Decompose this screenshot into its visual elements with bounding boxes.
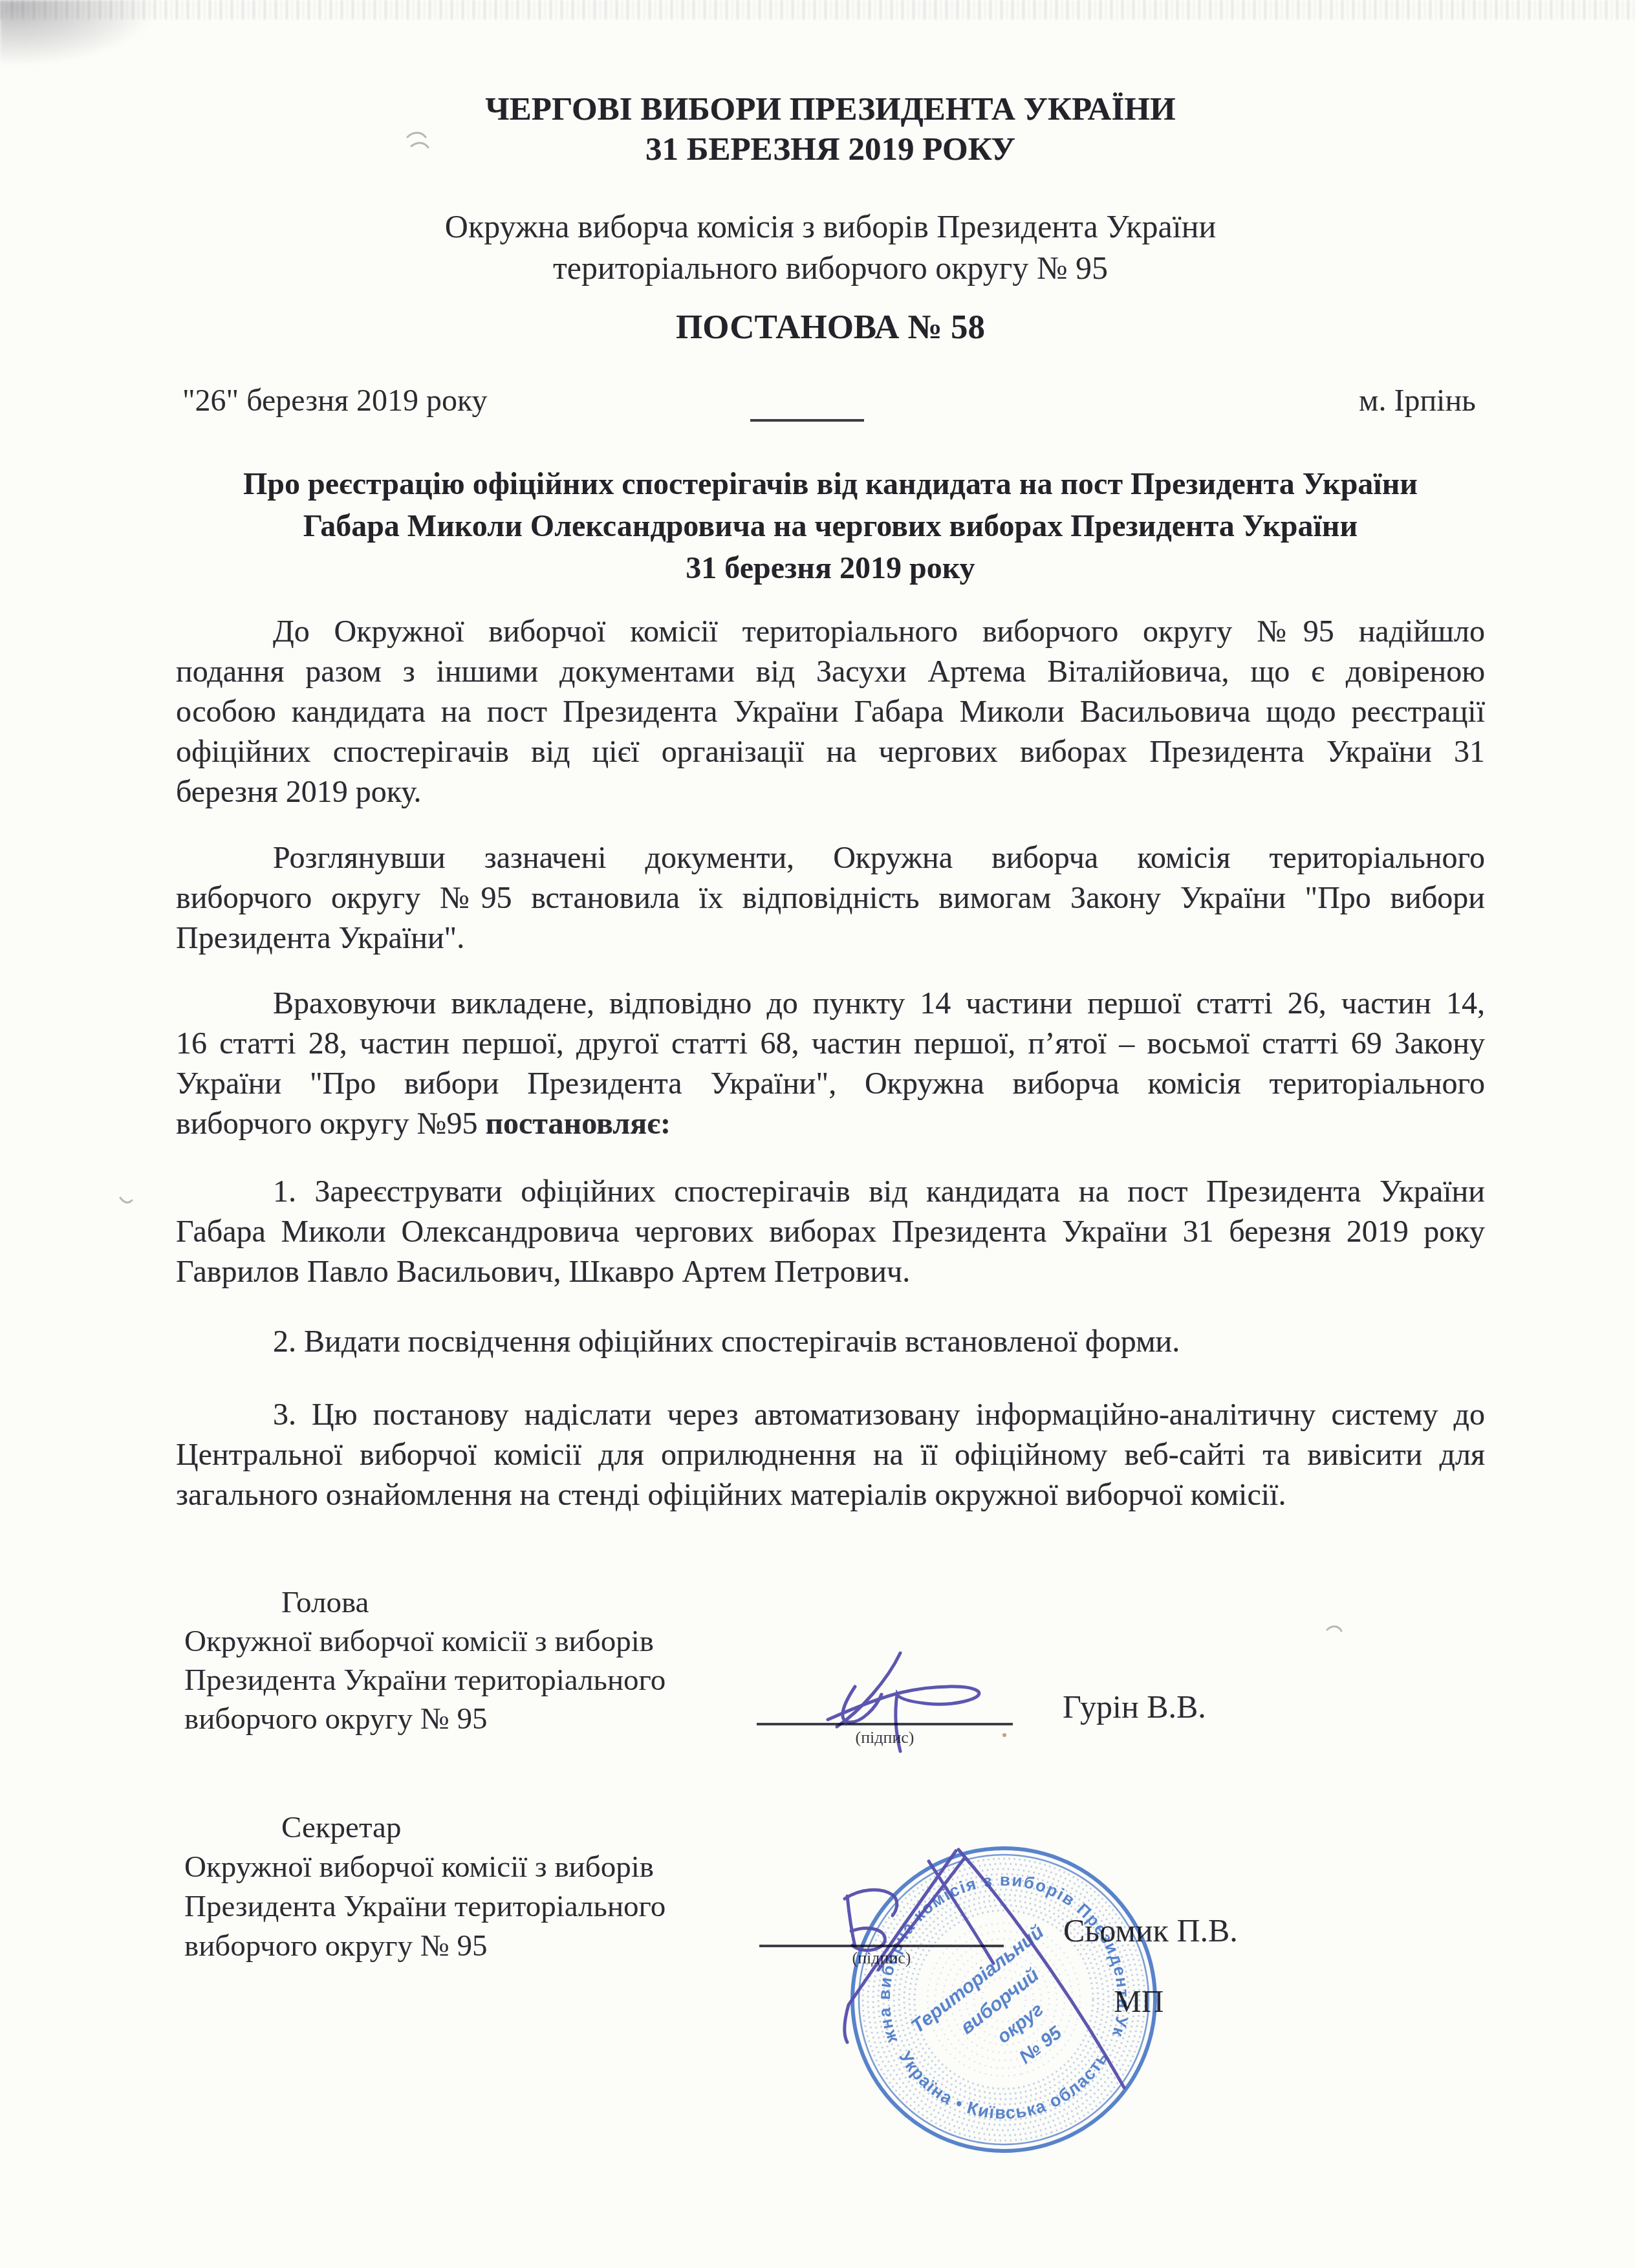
role-title: Секретар	[184, 1808, 831, 1848]
bold-resolves-word: постановляє:	[485, 1107, 671, 1141]
scan-corner-artifact	[0, 0, 168, 71]
stamp-halftone-ring	[869, 1864, 1140, 2135]
signature-line-head	[757, 1723, 1013, 1725]
scan-noise-strip	[0, 0, 1635, 19]
text-line: 1. Зареєструвати офіційних спостерігачів…	[176, 1172, 1485, 1212]
stamp-halftone-ring	[855, 1851, 1153, 2148]
text-line: Розглянувши зазначені документи, Окружна…	[176, 838, 1485, 878]
text-line: До Окружної виборчої комісії територіаль…	[176, 612, 1485, 652]
resolution-date: "26" березня 2019 року	[182, 383, 488, 418]
election-title-line2: 31 БЕРЕЗНЯ 2019 РОКУ	[176, 129, 1485, 169]
resolution-place: м. Ірпінь	[1359, 383, 1476, 418]
role-line: Президента України територіального	[184, 1887, 831, 1927]
stamp-outer-circle	[852, 1848, 1155, 2151]
paragraph-review: Розглянувши зазначені документи, Окружна…	[176, 838, 1485, 958]
paragraph-legal-basis: Враховуючи викладене, відповідно до пунк…	[176, 984, 1485, 1144]
seal-placeholder-label: МП	[1114, 1984, 1164, 2020]
signature-line-secretary	[759, 1945, 1004, 1947]
signatory-secretary-name: Сьомик П.В.	[1063, 1912, 1238, 1949]
signature-caption-secretary: (підпис)	[759, 1949, 1004, 1968]
svg-text:виборчий: виборчий	[957, 1964, 1043, 2038]
role-line: Окружної виборчої комісії з виборів	[184, 1622, 831, 1661]
item-1-register-observers: 1. Зареєструвати офіційних спостерігачів…	[176, 1172, 1485, 1292]
text-line: Гаврилов Павло Васильович, Шкавро Артем …	[176, 1252, 1485, 1292]
scanned-resolution-page: ЧЕРГОВІ ВИБОРИ ПРЕЗИДЕНТА УКРАЇНИ 31 БЕР…	[0, 0, 1635, 2268]
role-title: Голова	[184, 1583, 831, 1622]
signatory-head-name: Гурін В.В.	[1063, 1688, 1206, 1725]
stamp-halftone-ring	[969, 1965, 1039, 2035]
role-line: Окружної виборчої комісії з виборів	[184, 1848, 831, 1887]
paragraph-intake: До Окружної виборчої комісії територіаль…	[176, 612, 1485, 812]
signatory-secretary-role: Секретар Окружної виборчої комісії з виб…	[184, 1808, 831, 1966]
role-line: виборчого округу № 95	[184, 1927, 831, 1966]
text-line: 16 статті 28, частин першої, другої стат…	[176, 1024, 1485, 1064]
text-line: Габара Миколи Олександровича чергових ви…	[176, 1212, 1485, 1252]
subject-line1: Про реєстрацію офіційних спостерігачів в…	[176, 463, 1485, 505]
role-line: виборчого округу № 95	[184, 1700, 831, 1738]
stamp-bottom-arc-path	[901, 2059, 1107, 2119]
dateline-blank-line	[750, 419, 864, 422]
text-line: України "Про вибори Президента України",…	[176, 1064, 1485, 1104]
signatory-head-role: Голова Окружної виборчої комісії з вибор…	[184, 1583, 831, 1738]
text-line: особою кандидата на пост Президента Укра…	[176, 692, 1485, 732]
resolution-number-title: ПОСТАНОВА № 58	[176, 308, 1485, 347]
stamp-halftone-ring	[982, 1978, 1026, 2022]
text-line: Президента України".	[176, 918, 1485, 958]
text-line: 3. Цю постанову надіслати через автомати…	[176, 1395, 1485, 1435]
commission-name-line2: територіального виборчого округу № 95	[176, 247, 1485, 288]
role-line: Президента України територіального	[184, 1661, 831, 1700]
svg-text:округ: округ	[993, 1999, 1048, 2047]
dateline-row: "26" березня 2019 року м. Ірпінь	[176, 383, 1485, 422]
text-line: виборчого округу №95 постановляє:	[176, 1104, 1485, 1144]
text-line: Враховуючи викладене, відповідно до пунк…	[176, 984, 1485, 1024]
signature-caption-head: (підпис)	[757, 1728, 1013, 1747]
subject-line2: Габара Миколи Олександровича на чергових…	[176, 505, 1485, 547]
text-line: березня 2019 року.	[176, 772, 1485, 812]
text-line: виборчого округу №95 встановила їх відпо…	[176, 878, 1485, 918]
text-line: подання разом з іншими документами від З…	[176, 652, 1485, 692]
stamp-inner-border	[859, 1855, 1149, 2144]
text-line: офіційних спостерігачів від цієї організ…	[176, 732, 1485, 772]
svg-text:№ 95: № 95	[1015, 2022, 1066, 2068]
election-title-line1: ЧЕРГОВІ ВИБОРИ ПРЕЗИДЕНТА УКРАЇНИ	[176, 89, 1485, 129]
text-line: Центральної виборчої комісії для оприлюд…	[176, 1435, 1485, 1475]
commission-name-line1: Окружна виборча комісія з виборів Презид…	[176, 206, 1485, 247]
svg-text:Територіальний: Територіальний	[907, 1921, 1048, 2038]
text-line: 2. Видати посвідчення офіційних спостері…	[176, 1322, 1485, 1362]
item-2-issue-certificates: 2. Видати посвідчення офіційних спостері…	[176, 1322, 1485, 1362]
handwritten-signature-secretary	[845, 1850, 1124, 2088]
item-3-send-resolution: 3. Цю постанову надіслати через автомати…	[176, 1395, 1485, 1515]
subject-line3: 31 березня 2019 року	[176, 547, 1485, 589]
text-line: загального ознайомлення на стенді офіцій…	[176, 1475, 1485, 1515]
stamp-ring-text-bottom: Україна • Київська область	[895, 2048, 1112, 2123]
